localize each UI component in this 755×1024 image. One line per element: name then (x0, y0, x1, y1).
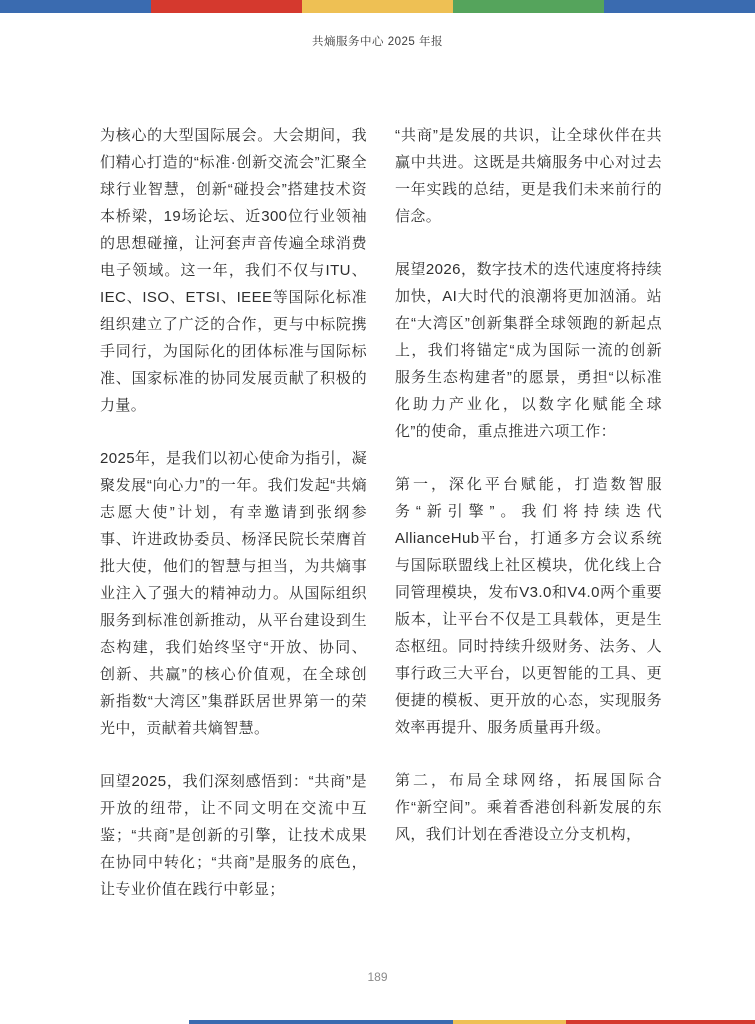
right-column: “共商”是发展的共识，让全球伙伴在共赢中共进。这既是共熵服务中心对过去一年实践的… (395, 122, 662, 903)
right-paragraph-1: “共商”是发展的共识，让全球伙伴在共赢中共进。这既是共熵服务中心对过去一年实践的… (395, 122, 662, 230)
left-column: 为核心的大型国际展会。大会期间，我们精心打造的“标准·创新交流会”汇聚全球行业智… (100, 122, 367, 903)
top-bar-segment-red (151, 0, 302, 13)
report-page: 共熵服务中心 2025 年报 为核心的大型国际展会。大会期间，我们精心打造的“标… (0, 0, 755, 1024)
left-paragraph-2: 2025年，是我们以初心使命为指引，凝聚发展“向心力”的一年。我们发起“共熵志愿… (100, 445, 367, 742)
top-bar-segment-blue (0, 0, 151, 13)
page-number: 189 (0, 970, 755, 984)
top-bar-segment-blue2 (604, 0, 755, 13)
bottom-bar-segment-blue (189, 1020, 453, 1024)
top-color-bar (0, 0, 755, 13)
right-paragraph-2: 展望2026，数字技术的迭代速度将持续加快，AI大时代的浪潮将更加汹涌。站在“大… (395, 256, 662, 445)
two-column-body: 为核心的大型国际展会。大会期间，我们精心打造的“标准·创新交流会”汇聚全球行业智… (100, 122, 662, 903)
top-bar-segment-green (453, 0, 604, 13)
left-paragraph-1: 为核心的大型国际展会。大会期间，我们精心打造的“标准·创新交流会”汇聚全球行业智… (100, 122, 367, 419)
bottom-bar-segment-yellow (453, 1020, 566, 1024)
bottom-color-bar (189, 1020, 755, 1024)
bottom-bar-segment-red (566, 1020, 755, 1024)
page-header-title: 共熵服务中心 2025 年报 (0, 33, 755, 49)
right-paragraph-4: 第二，布局全球网络，拓展国际合作“新空间”。乘着香港创科新发展的东风，我们计划在… (395, 767, 662, 848)
left-paragraph-3: 回望2025，我们深刻感悟到：“共商”是开放的纽带，让不同文明在交流中互鉴；“共… (100, 768, 367, 903)
top-bar-segment-yellow (302, 0, 453, 13)
right-paragraph-3: 第一，深化平台赋能，打造数智服务“新引擎”。我们将持续迭代AllianceHub… (395, 471, 662, 741)
